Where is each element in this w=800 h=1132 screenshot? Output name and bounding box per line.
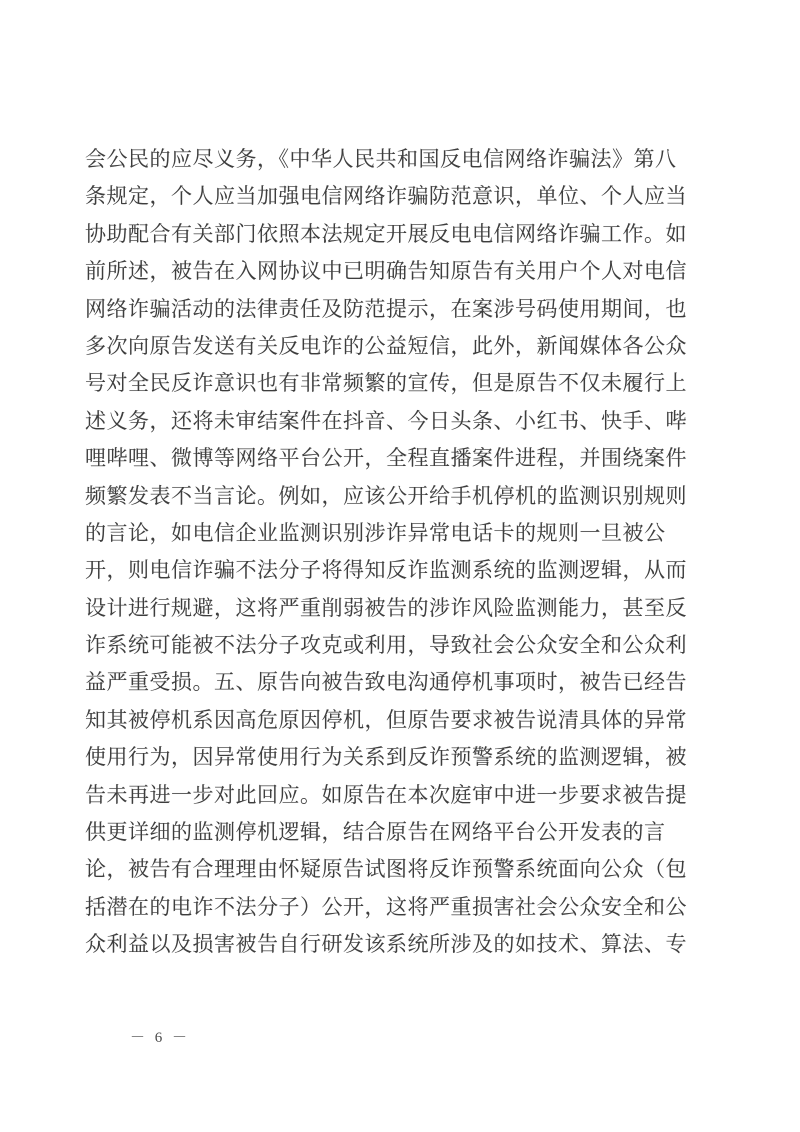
body-text-block: 会公民的应尽义务，《中华人民共和国反电信网络诈骗法》第八 条规定，个人应当加强电… [85,141,717,964]
text-line: 论，被告有合理理由怀疑原告试图将反诈预警系统面向公众（包 [85,851,717,888]
text-line: 诈系统可能被不法分子攻克或利用，导致社会公众安全和公众利 [85,627,717,664]
text-line: 设计进行规避，这将严重削弱被告的涉诈风险监测能力，甚至反 [85,590,717,627]
document-page: 会公民的应尽义务，《中华人民共和国反电信网络诈骗法》第八 条规定，个人应当加强电… [0,0,800,1132]
text-line: 网络诈骗活动的法律责任及防范提示，在案涉号码使用期间，也 [85,291,717,328]
text-line: 多次向原告发送有关反电诈的公益短信，此外，新闻媒体各公众 [85,328,717,365]
text-line: 知其被停机系因高危原因停机，但原告要求被告说清具体的异常 [85,702,717,739]
text-line: 众利益以及损害被告自行研发该系统所涉及的如技术、算法、专 [85,926,717,963]
text-line: 前所述，被告在入网协议中已明确告知原告有关用户个人对电信 [85,253,717,290]
text-line: 号对全民反诈意识也有非常频繁的宣传，但是原告不仅未履行上 [85,365,717,402]
text-line: 使用行为，因异常使用行为关系到反诈预警系统的监测逻辑，被 [85,739,717,776]
text-line: 括潜在的电诈不法分子）公开，这将严重损害社会公众安全和公 [85,889,717,926]
page-number: － 6 － [130,1028,190,1048]
text-line: 开，则电信诈骗不法分子将得知反诈监测系统的监测逻辑，从而 [85,552,717,589]
text-line: 告未再进一步对此回应。如原告在本次庭审中进一步要求被告提 [85,777,717,814]
text-line: 条规定，个人应当加强电信网络诈骗防范意识，单位、个人应当 [85,178,717,215]
text-line: 协助配合有关部门依照本法规定开展反电电信网络诈骗工作。如 [85,216,717,253]
text-line: 益严重受损。五、原告向被告致电沟通停机事项时，被告已经告 [85,664,717,701]
text-line: 述义务，还将未审结案件在抖音、今日头条、小红书、快手、哔 [85,403,717,440]
text-line: 的言论，如电信企业监测识别涉诈异常电话卡的规则一旦被公 [85,515,717,552]
text-line: 会公民的应尽义务，《中华人民共和国反电信网络诈骗法》第八 [85,141,717,178]
text-line: 哩哔哩、微博等网络平台公开，全程直播案件进程，并围绕案件 [85,440,717,477]
text-line: 频繁发表不当言论。例如，应该公开给手机停机的监测识别规则 [85,478,717,515]
text-line: 供更详细的监测停机逻辑，结合原告在网络平台公开发表的言 [85,814,717,851]
